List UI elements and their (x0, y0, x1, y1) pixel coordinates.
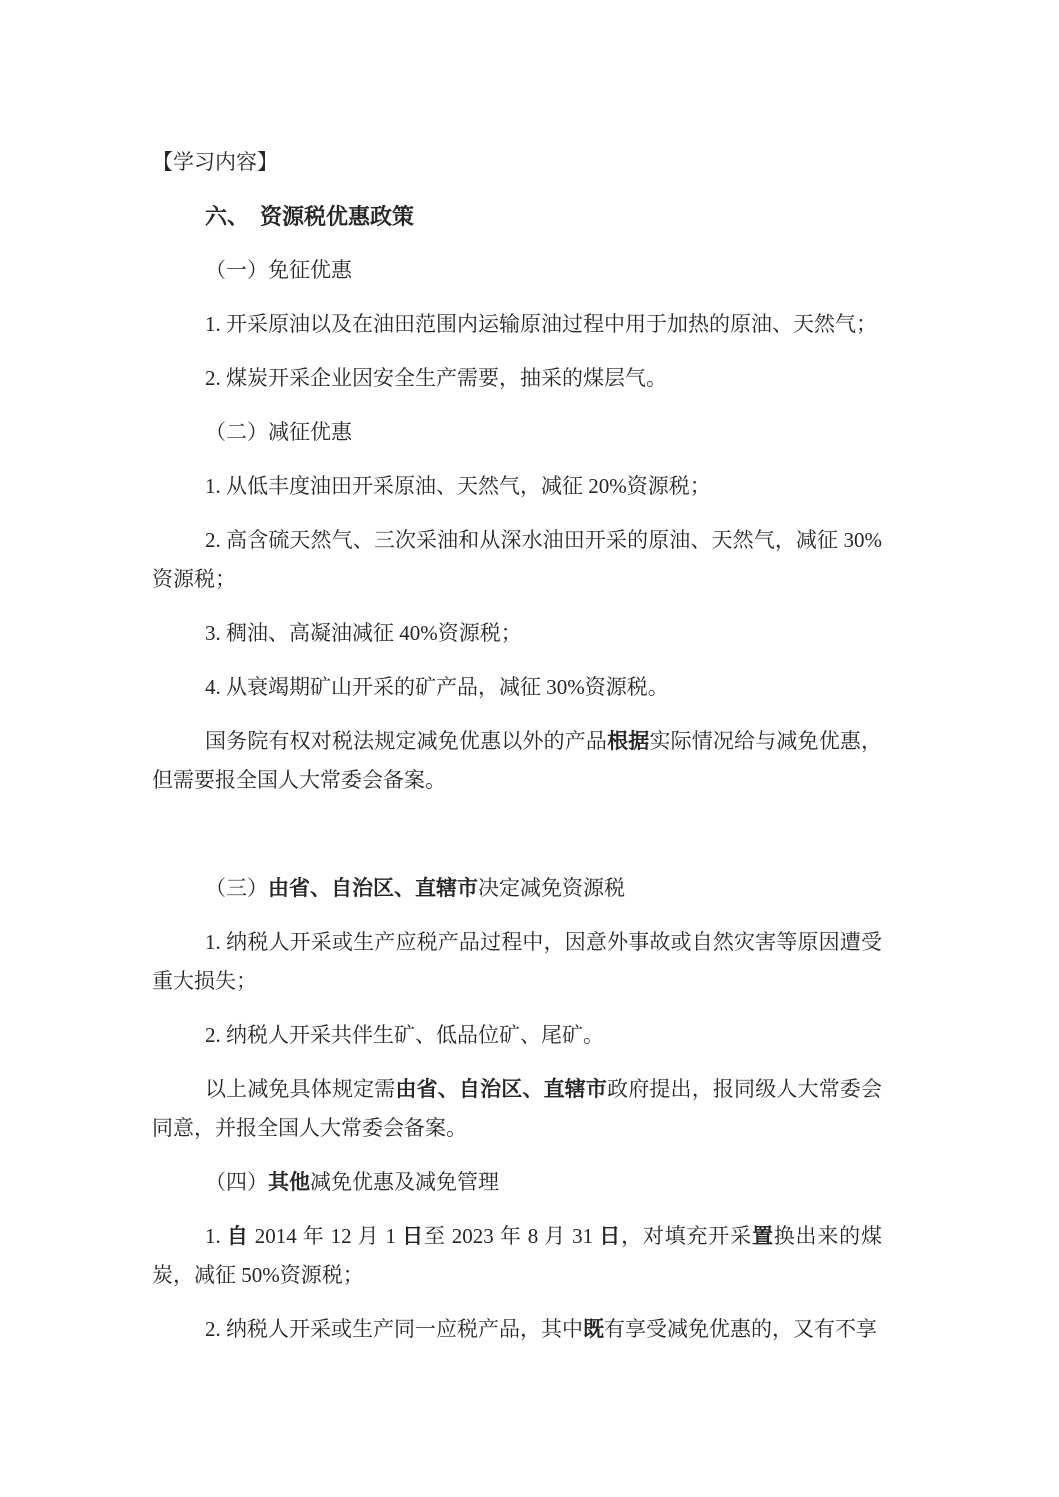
bold-text-run: 由省、自治区、直辖市 (268, 876, 478, 900)
text-run: 2. 高含硫天然气、三次采油和从深水油田开采的原油、天然气，减征 30%资源税； (152, 528, 882, 591)
note-state-council: 国务院有权对税法规定减免优惠以外的产品根据实际情况给与减免优惠，但需要报全国人大… (152, 722, 882, 800)
text-run: 4. 从衰竭期矿山开采的矿产品，减征 30%资源税。 (205, 675, 669, 699)
item-2-1: 1. 从低丰度油田开采原油、天然气，减征 20%资源税； (152, 467, 882, 506)
document-body: 【学习内容】六、 资源税优惠政策（一）免征优惠1. 开采原油以及在油田范围内运输… (152, 143, 882, 1349)
text-run: 有享受减免优惠的，又有不享 (604, 1317, 877, 1341)
text-run: 决定减免资源税 (478, 876, 625, 900)
section-label: 【学习内容】 (152, 143, 882, 182)
text-run: 减免优惠及减免管理 (310, 1170, 499, 1194)
text-run: 国务院有权对税法规定减免优惠以外的产品 (205, 729, 607, 753)
text-run: 1. 开采原油以及在油田范围内运输原油过程中用于加热的原油、天然气； (205, 312, 877, 336)
text-run: （二）减征优惠 (205, 420, 352, 444)
text-run: （四） (205, 1170, 268, 1194)
text-run: 以上减免具体规定需 (205, 1077, 395, 1101)
subheading-4: （四）其他减免优惠及减免管理 (152, 1163, 882, 1202)
text-run: 2014 年 12 月 1 (249, 1224, 403, 1248)
item-4-1: 1. 自 2014 年 12 月 1 日至 2023 年 8 月 31 日，对填… (152, 1217, 882, 1295)
item-1-1: 1. 开采原油以及在油田范围内运输原油过程中用于加热的原油、天然气； (152, 305, 882, 344)
item-3-1: 1. 纳税人开采或生产应税产品过程中，因意外事故或自然灾害等原因遭受重大损失； (152, 923, 882, 1001)
bold-text-run: 日 (402, 1224, 424, 1248)
item-2-2: 2. 高含硫天然气、三次采油和从深水油田开采的原油、天然气，减征 30%资源税； (152, 521, 882, 599)
bold-text-run: 六、 资源税优惠政策 (205, 204, 414, 229)
text-run: 1. 从低丰度油田开采原油、天然气，减征 20%资源税； (205, 474, 711, 498)
text-run: （一）免征优惠 (205, 258, 352, 282)
bold-text-run: 日 (599, 1224, 621, 1248)
item-2-3: 3. 稠油、高凝油减征 40%资源税； (152, 614, 882, 653)
section-heading: 六、 资源税优惠政策 (152, 197, 882, 236)
item-3-2: 2. 纳税人开采共伴生矿、低品位矿、尾矿。 (152, 1016, 882, 1055)
text-run: 1. (205, 1224, 227, 1248)
text-run: 2. 纳税人开采或生产同一应税产品，其中 (205, 1317, 583, 1341)
text-run: 【学习内容】 (152, 150, 278, 174)
note-provincial: 以上减免具体规定需由省、自治区、直辖市政府提出，报同级人大常委会同意，并报全国人… (152, 1070, 882, 1148)
subheading-3: （三）由省、自治区、直辖市决定减免资源税 (152, 869, 882, 908)
bold-text-run: 置 (752, 1224, 774, 1248)
blank-line (152, 815, 882, 854)
text-run: ，对填充开采 (621, 1224, 752, 1248)
item-2-4: 4. 从衰竭期矿山开采的矿产品，减征 30%资源税。 (152, 668, 882, 707)
bold-text-run: 其他 (268, 1170, 310, 1194)
bold-text-run: 由省、自治区、直辖市 (395, 1077, 607, 1101)
bold-text-run: 既 (583, 1317, 604, 1341)
bold-text-run: 根据 (607, 729, 649, 753)
text-run: （三） (205, 876, 268, 900)
text-run: 3. 稠油、高凝油减征 40%资源税； (205, 621, 522, 645)
text-run: 2. 煤炭开采企业因安全生产需要，抽采的煤层气。 (205, 366, 667, 390)
subheading-1: （一）免征优惠 (152, 251, 882, 290)
bold-text-run: 自 (227, 1224, 249, 1248)
text-run: 1. 纳税人开采或生产应税产品过程中，因意外事故或自然灾害等原因遭受重大损失； (152, 930, 882, 993)
text-run: 至 2023 年 8 月 31 (424, 1224, 599, 1248)
document-page: 【学习内容】六、 资源税优惠政策（一）免征优惠1. 开采原油以及在油田范围内运输… (0, 0, 1059, 1497)
subheading-2: （二）减征优惠 (152, 413, 882, 452)
item-4-2: 2. 纳税人开采或生产同一应税产品，其中既有享受减免优惠的，又有不享 (152, 1310, 882, 1349)
text-run: 2. 纳税人开采共伴生矿、低品位矿、尾矿。 (205, 1023, 604, 1047)
item-1-2: 2. 煤炭开采企业因安全生产需要，抽采的煤层气。 (152, 359, 882, 398)
